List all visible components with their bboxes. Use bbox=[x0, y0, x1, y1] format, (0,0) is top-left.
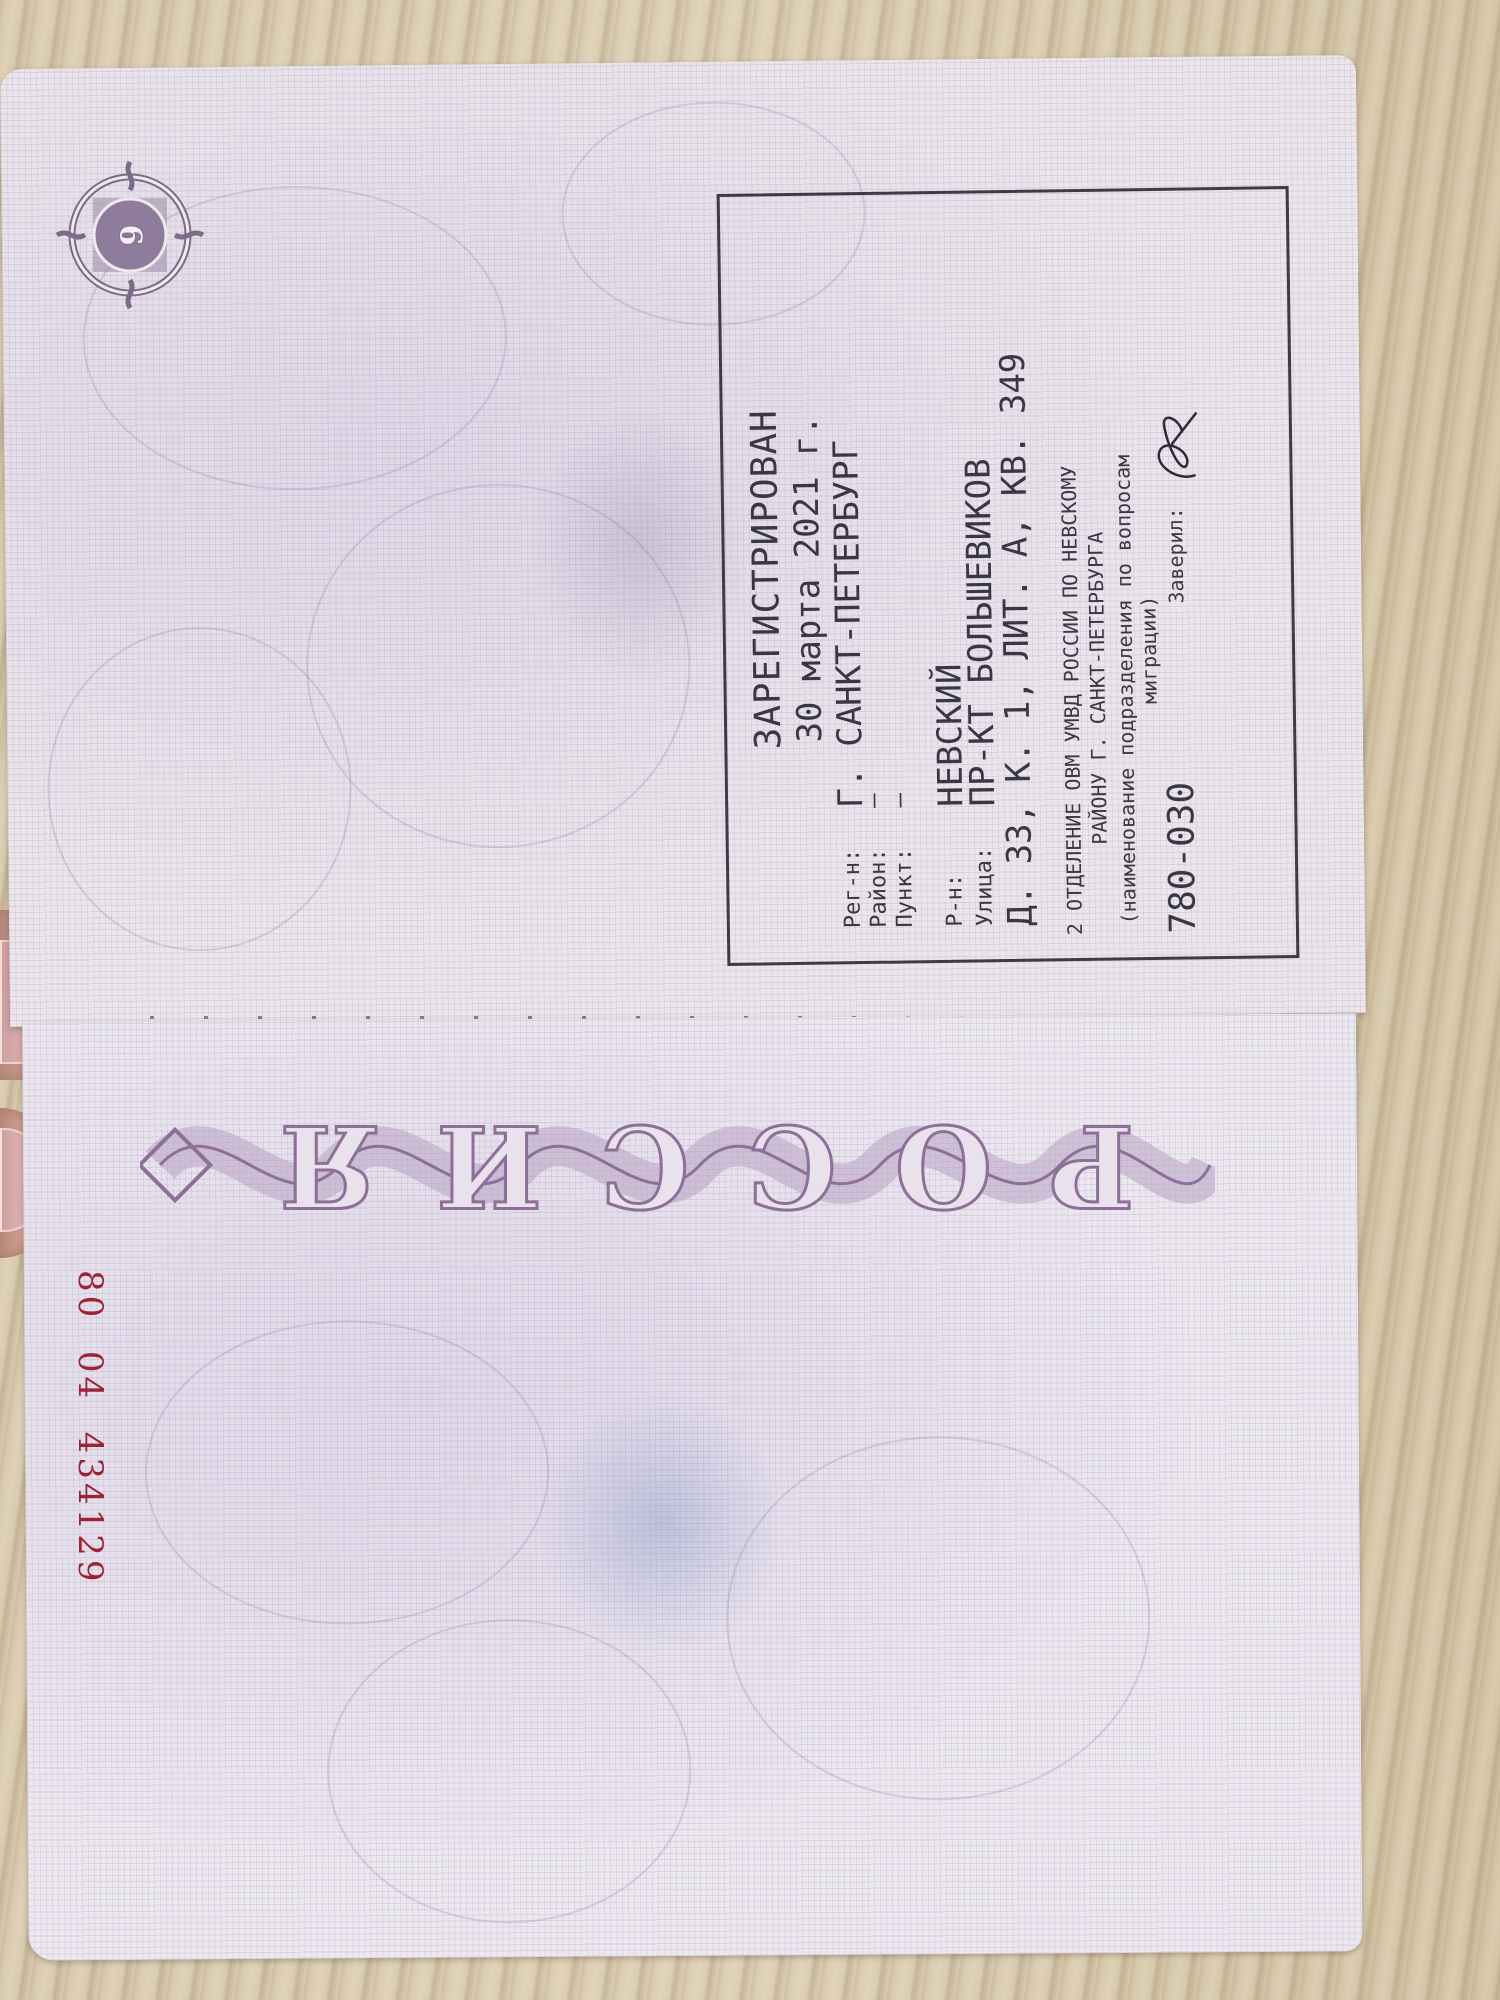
house-line: Д. 33, К. 1, ЛИТ. А, КВ. 349 bbox=[993, 352, 1041, 926]
locality-value: – bbox=[885, 793, 913, 808]
signature-icon bbox=[1146, 403, 1207, 484]
street-label: Улица: bbox=[972, 847, 998, 927]
russia-band-text: РОССИЯ bbox=[221, 1100, 1134, 1231]
authority-line-1: 2 ОТДЕЛЕНИЕ ОВМ УМВД РОССИИ ПО НЕВСКОМУ bbox=[1056, 465, 1087, 935]
portrait-watermark bbox=[535, 1387, 787, 1659]
region-label: Рег-н: bbox=[840, 849, 866, 929]
district-value: – bbox=[859, 793, 887, 808]
region-value: Г. САНКТ-ПЕТЕРБУРГ bbox=[826, 439, 871, 808]
locality-label: Пункт: bbox=[892, 848, 918, 928]
authority-line-2: РАЙОНУ Г. САНКТ-ПЕТЕРБУРГА bbox=[1083, 532, 1111, 845]
russia-ornamental-band: РОССИЯ bbox=[140, 1090, 1215, 1240]
certified-label: Заверил: bbox=[1163, 507, 1188, 604]
district-label: Район: bbox=[866, 848, 892, 928]
page-number: 6 bbox=[113, 225, 148, 246]
authority-caption-2: миграции) bbox=[1136, 596, 1162, 705]
authority-caption-1: (наименование подразделения по вопросам bbox=[1110, 455, 1141, 925]
area-label: Р-н: bbox=[942, 874, 968, 927]
passport-serial-number: 80 04 434129 bbox=[70, 1270, 110, 1690]
subdivision-code: 780-030 bbox=[1161, 782, 1204, 934]
page-number-medallion-6: 6 bbox=[55, 160, 205, 310]
registration-stamp: ЗАРЕГИСТРИРОВАН 30 марта 2021 г. Рег-н: … bbox=[717, 186, 1300, 966]
